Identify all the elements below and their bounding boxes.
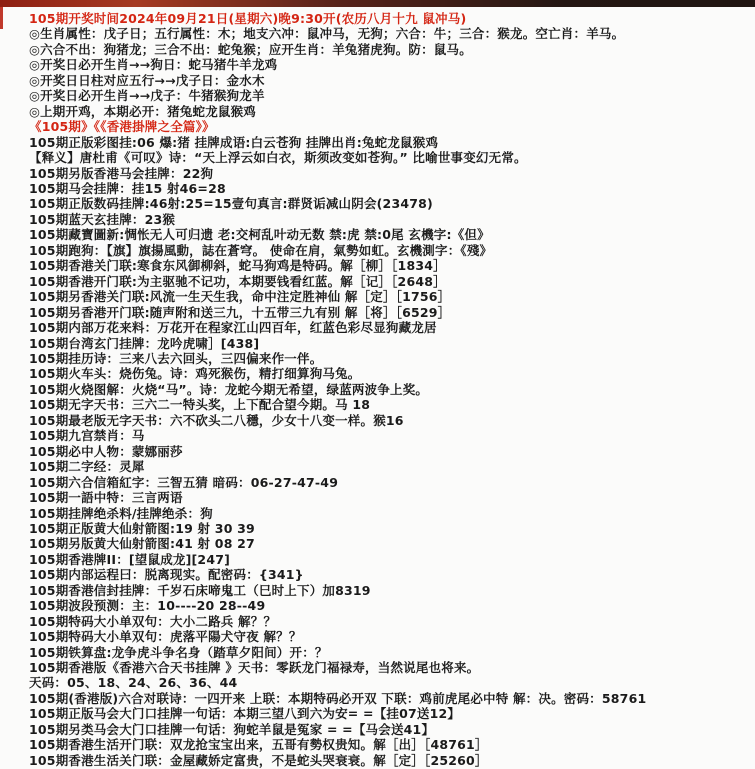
text-line-37: 105期内部运程曰：脱离现实。配密码：{341}	[29, 567, 749, 582]
text-line-25: 105期火烧图解：火烧“马”。诗：龙蛇今期无希望，绿蓝两波争上奖。	[29, 382, 749, 397]
text-line-10: 【释义】唐杜甫《可叹》诗：“天上浮云如白衣，斯须改变如苍狗。” 比喻世事变幻无常…	[29, 150, 749, 165]
text-content: 105期开奖时间2024年09月21日(星期六)晚9:30开(农历八月十九 鼠冲…	[0, 7, 755, 768]
text-line-42: 105期铁算盘:龙争虎斗争名身（踏草夕阳间）开：？	[29, 645, 749, 660]
text-line-31: 105期六合信箱紅字：三智五猜 暗码：06-27-47-49	[29, 475, 749, 490]
text-line-28: 105期九宫禁肖：马	[29, 428, 749, 443]
text-line-48: 105期香港生活开门联：双龙抢宝宝出来，五哥有勢权贵知。解［出］［48761］	[29, 737, 749, 752]
text-line-6: ◎开奖日必开生肖→→戊子：牛猪猴狗龙羊	[29, 88, 749, 103]
text-line-8: 《105期》《《香港掛牌之全篇》》	[29, 119, 749, 134]
text-line-15: 105期藏寶圖新:惆怅无人可归遗 老:交柯乱叶动无数 禁:虎 禁:0尾 玄機字:…	[29, 227, 749, 242]
text-line-41: 105期特码大小单双句：虎落平陽犬守夜 解？？	[29, 629, 749, 644]
text-line-45: 105期(香港版)六合对联诗：一四开来 上联：本期特码必开双 下联：鸡前虎尾必中…	[29, 691, 749, 706]
text-line-30: 105期二字经：灵犀	[29, 459, 749, 474]
text-line-32: 105期一語中特：三言两语	[29, 490, 749, 505]
text-line-7: ◎上期开鸡，本期必开：猪兔蛇龙鼠猴鸡	[29, 104, 749, 119]
text-line-3: ◎六合不出：狗猪龙；三合不出：蛇兔猴；应开生肖：羊兔猪虎狗。防：鼠马。	[29, 42, 749, 57]
text-line-17: 105期香港关门联:寒食东风御柳斜，蛇马狗鸡是特码。解［柳］［1834］	[29, 258, 749, 273]
text-line-4: ◎开奖日必开生肖→→狗日：蛇马猪牛羊龙鸡	[29, 57, 749, 72]
text-line-21: 105期内部万花来料：万花开在程家江山四百年，红蓝色彩尽显狗藏龙居	[29, 320, 749, 335]
text-line-5: ◎开奖日日柱对应五行→→戊子日：金水木	[29, 73, 749, 88]
text-line-12: 105期马会挂牌：挂15 射46=28	[29, 181, 749, 196]
text-line-35: 105期另版黄大仙射箭图:41 射 08 27	[29, 536, 749, 551]
top-border-strip	[0, 0, 755, 7]
text-line-22: 105期台湾玄门挂牌：龙吟虎啸］[438]	[29, 336, 749, 351]
text-line-19: 105期另香港关门联:风流一生天生我，命中注定胜神仙 解［定］［1756］	[29, 289, 749, 304]
left-border-notch	[0, 7, 3, 29]
text-line-23: 105期挂历诗：三来八去六回头，三四偏来作一伴。	[29, 351, 749, 366]
text-line-34: 105期正版黄大仙射箭图:19 射 30 39	[29, 521, 749, 536]
text-line-26: 105期无字天书：三六二一特头奖，上下配合望今期。马 18	[29, 397, 749, 412]
text-line-43: 105期香港版《香港六合天书挂牌 》天书：零跃龙门福禄寿，当然说尾也将来。	[29, 660, 749, 675]
text-line-2: ◎生肖属性：戊子日；五行属性：木；地支六冲：鼠冲马，无狗；六合：牛；三合：猴龙。…	[29, 26, 749, 41]
text-line-29: 105期必中人物：蒙娜丽莎	[29, 444, 749, 459]
text-line-11: 105期另版香港马会挂牌：22狗	[29, 166, 749, 181]
text-line-44: 天码：05、18、24、26、36、44	[29, 675, 749, 690]
text-line-40: 105期特码大小单双句：大小二路兵 解？？	[29, 614, 749, 629]
text-line-14: 105期蓝天玄挂牌：23猴	[29, 212, 749, 227]
text-line-46: 105期正版马会大门口挂牌一句话：本期三望八到六为安= =【挂07送12】	[29, 706, 749, 721]
text-line-36: 105期香港牌II：[望鼠成龙][247]	[29, 552, 749, 567]
text-line-13: 105期正版数码挂牌:46射:25=15壹句真言:群贤诟减山阴会(23478)	[29, 196, 749, 211]
text-line-38: 105期香港信封挂牌：千岁石床啼鬼工（巳时上下）加8319	[29, 583, 749, 598]
text-line-27: 105期最老版无字天书：六不砍头二八穩，少女十八变一样。猴16	[29, 413, 749, 428]
text-line-9: 105期正版彩图挂:06 爆:猪 挂牌成语:白云苍狗 挂牌出肖:兔蛇龙鼠猴鸡	[29, 135, 749, 150]
text-line-39: 105期波段预测：主：10----20 28--49	[29, 598, 749, 613]
text-line-47: 105期另类马会大门口挂牌一句话：狗蛇羊鼠是冤家 = =【马会送41】	[29, 722, 749, 737]
text-line-18: 105期香港开门联:为主驱驰不记功，本期要钱看红蓝。解［记］［2648］	[29, 274, 749, 289]
text-line-1: 105期开奖时间2024年09月21日(星期六)晚9:30开(农历八月十九 鼠冲…	[29, 11, 749, 26]
text-line-24: 105期火车头：烧伤兔。诗：鸡死猴伤，精打细算狗马兔。	[29, 366, 749, 381]
text-line-20: 105期另香港开门联:随声附和送三九，十五带三九有别 解［将］［6529］	[29, 305, 749, 320]
text-line-16: 105期跑狗：【旗】旗揚風動，誌在蒼穹。 使命在肩，氣勢如虹。玄機測字：《殘》	[29, 243, 749, 258]
lottery-tips-page: 105期开奖时间2024年09月21日(星期六)晚9:30开(农历八月十九 鼠冲…	[0, 0, 755, 769]
text-line-33: 105期挂牌绝杀料/挂牌绝杀：狗	[29, 506, 749, 521]
text-line-49: 105期香港生活关门联：金屋藏娇定富贵，不是蛇头哭衰衰。解［定］［25260］	[29, 753, 749, 768]
